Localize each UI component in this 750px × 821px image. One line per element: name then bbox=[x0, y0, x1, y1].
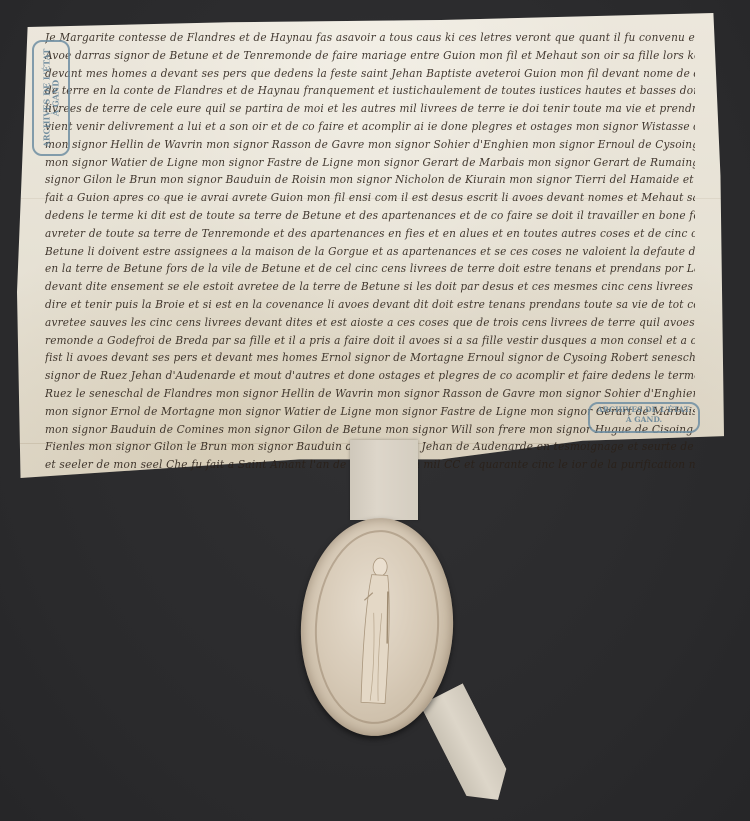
text-line: signor Gilon le Brun mon signor Bauduin … bbox=[45, 172, 695, 191]
text-line: devant mes homes a devant ses pers que d… bbox=[45, 65, 695, 84]
text-line: Je Margarite contesse de Flandres et de … bbox=[45, 30, 695, 49]
text-line: remonde a Godefroi de Breda par sa fille… bbox=[45, 332, 695, 351]
text-line: avretee sauves les cinc cens livrees dev… bbox=[45, 314, 695, 333]
stamp-line-2: À GAND bbox=[51, 49, 60, 148]
text-line: fait a Guion apres co que ie avrai avret… bbox=[45, 190, 695, 209]
text-line: de terre en la conte de Flandres et de H… bbox=[45, 83, 695, 102]
text-line: dedens le terme ki dit est de toute sa t… bbox=[45, 208, 695, 227]
text-line: devant dite ensement se ele estoit avret… bbox=[45, 279, 695, 298]
text-line: dire et tenir puis la Broie et si est en… bbox=[45, 297, 695, 316]
archive-stamp-left: ARCHIVES DE L'ÉTAT À GAND bbox=[32, 40, 70, 156]
text-line: vient venir delivrement a lui et a son o… bbox=[45, 119, 695, 138]
text-line: avreter de toute sa terre de Tenremonde … bbox=[45, 225, 695, 244]
text-line: Betune li doivent estre assignees a la m… bbox=[45, 243, 695, 262]
text-line: en la terre de Betune fors de la vile de… bbox=[45, 261, 695, 280]
text-line: signor de Ruez Jehan d'Audenarde et mout… bbox=[45, 368, 695, 387]
stamp-line-1: ARCHIVES DE L'ÉTAT. bbox=[590, 405, 698, 415]
text-line: fist li avoes devant ses pers et devant … bbox=[45, 350, 695, 369]
text-line: mon signor Hellin de Wavrin mon signor R… bbox=[45, 136, 695, 155]
text-line: Avoe darras signor de Betune et de Tenre… bbox=[45, 47, 695, 66]
stamp-line-2: À GAND. bbox=[590, 415, 698, 425]
archive-stamp-right: ARCHIVES DE L'ÉTAT. À GAND. bbox=[588, 402, 700, 433]
text-line: livrees de terre de cele eure quil se pa… bbox=[45, 101, 695, 120]
text-line: mon signor Watier de Ligne mon signor Fa… bbox=[45, 154, 695, 173]
seal-tag-strip bbox=[350, 440, 418, 520]
